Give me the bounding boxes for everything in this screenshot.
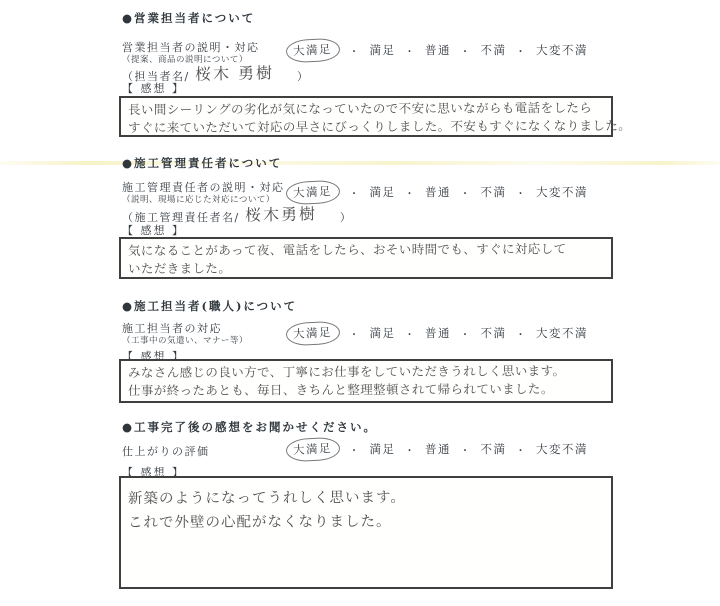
section-header-workers: ●施工担当者(職人)について xyxy=(122,298,297,314)
rating-option-daimanzoku-circled: 大満足 xyxy=(285,37,340,63)
rating-option-manzoku: 満足 xyxy=(370,325,396,341)
rating-option-fuman: 不満 xyxy=(481,42,507,58)
rating-option-fuman: 不満 xyxy=(481,441,507,457)
rating-option-taihen-fuman: 大変不満 xyxy=(536,325,588,341)
kanso-label: 【 感想 】 xyxy=(122,80,185,96)
handwritten-comment-line: すぐに来ていただいて対応の早さにびっくりしました。不安もすぐになくなりました。 xyxy=(128,117,605,137)
rating-separator: ・ xyxy=(405,43,417,58)
workers-rating-sublabel: （工事中の気遣い、マナー等） xyxy=(122,334,248,346)
rating-separator: ・ xyxy=(460,43,472,58)
rating-separator: ・ xyxy=(516,326,528,341)
rating-separator: ・ xyxy=(349,185,361,200)
rating-separator: ・ xyxy=(460,326,472,341)
handwritten-comment-line: 仕事が終ったあとも、毎日、きちんと整理整頓されて帰られていました。 xyxy=(128,380,605,400)
site-manager-comment-box: 気になることがあって夜、電話をしたら、おそい時間でも、すぐに対応して いただきま… xyxy=(119,237,613,279)
sales-rep-rating-scale: 大満足 ・ 満足 ・ 普通 ・ 不満 ・ 大変不満 xyxy=(293,42,588,58)
rating-separator: ・ xyxy=(349,43,361,58)
section-header-sales-rep: ●営業担当者について xyxy=(122,10,255,26)
name-field-close-paren: ） xyxy=(340,211,353,224)
rating-separator: ・ xyxy=(405,442,417,457)
handwritten-comment-line: みなさん感じの良い方で、丁寧にお仕事をしていただきうれしく思います。 xyxy=(128,362,605,382)
rating-separator: ・ xyxy=(460,442,472,457)
rating-option-daimanzoku-circled: 大満足 xyxy=(285,320,340,346)
rating-option-manzoku: 満足 xyxy=(370,184,396,200)
rating-separator: ・ xyxy=(349,442,361,457)
rating-option-daimanzoku-circled: 大満足 xyxy=(285,436,340,462)
rating-option-fuman: 不満 xyxy=(481,325,507,341)
handwritten-comment-line: 新築のようになってうれしく思います。 xyxy=(128,479,605,511)
rating-option-taihen-fuman: 大変不満 xyxy=(536,42,588,58)
handwritten-comment-line: いただきました。 xyxy=(128,258,605,278)
workers-rating-scale: 大満足 ・ 満足 ・ 普通 ・ 不満 ・ 大変不満 xyxy=(293,325,588,341)
sales-rep-comment-box: 長い間シーリングの劣化が気になっていたので不安に思いながらも電話をしたら すぐに… xyxy=(119,96,613,137)
rating-separator: ・ xyxy=(516,442,528,457)
name-field-close-paren: ） xyxy=(297,70,310,83)
rating-option-futsuu: 普通 xyxy=(425,441,451,457)
completion-comment-box: 新築のようになってうれしく思います。 これで外壁の心配がなくなりました。 xyxy=(119,476,613,589)
site-manager-rating-scale: 大満足 ・ 満足 ・ 普通 ・ 不満 ・ 大変不満 xyxy=(293,184,588,200)
kanso-label: 【 感想 】 xyxy=(122,222,185,238)
rating-separator: ・ xyxy=(516,185,528,200)
rating-option-manzoku: 満足 xyxy=(370,441,396,457)
finish-rating-label: 仕上がりの評価 xyxy=(122,443,210,459)
section-header-completion: ●工事完了後の感想をお聞かせください。 xyxy=(122,419,377,435)
rating-option-futsuu: 普通 xyxy=(425,184,451,200)
handwritten-rep-name: 桜木 勇樹 xyxy=(195,60,274,84)
handwritten-comment-line: 長い間シーリングの劣化が気になっていたので不安に思いながらも電話をしたら xyxy=(128,99,605,119)
workers-comment-box: みなさん感じの良い方で、丁寧にお仕事をしていただきうれしく思います。 仕事が終っ… xyxy=(119,359,613,403)
handwritten-comment-line: これで外壁の心配がなくなりました。 xyxy=(128,509,605,535)
rating-option-futsuu: 普通 xyxy=(425,42,451,58)
section-header-site-manager: ●施工管理責任者について xyxy=(122,155,282,171)
handwritten-comment-line: 気になることがあって夜、電話をしたら、おそい時間でも、すぐに対応して xyxy=(128,240,605,260)
scan-artifact-yellow-line xyxy=(0,161,720,165)
handwritten-manager-name: 桜木勇樹 xyxy=(245,201,317,225)
rating-separator: ・ xyxy=(405,185,417,200)
rating-option-futsuu: 普通 xyxy=(425,325,451,341)
finish-rating-scale: 大満足 ・ 満足 ・ 普通 ・ 不満 ・ 大変不満 xyxy=(293,441,588,457)
rating-option-fuman: 不満 xyxy=(481,184,507,200)
rating-separator: ・ xyxy=(405,326,417,341)
rating-separator: ・ xyxy=(460,185,472,200)
rating-separator: ・ xyxy=(349,326,361,341)
scanned-survey-form: ●営業担当者について 営業担当者の説明・対応 （提案、商品の説明について） 大満… xyxy=(0,0,720,606)
rating-option-taihen-fuman: 大変不満 xyxy=(536,184,588,200)
rating-separator: ・ xyxy=(516,43,528,58)
rating-option-manzoku: 満足 xyxy=(370,42,396,58)
rating-option-taihen-fuman: 大変不満 xyxy=(536,441,588,457)
